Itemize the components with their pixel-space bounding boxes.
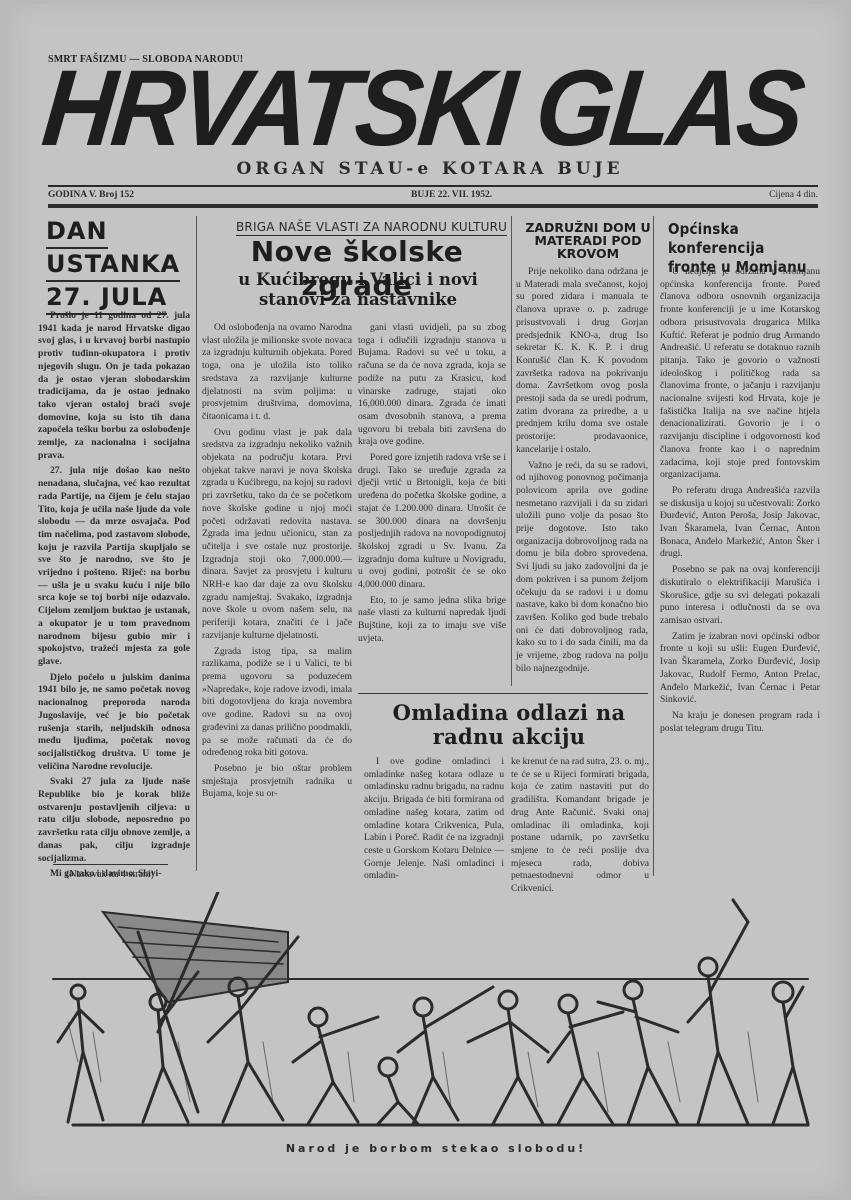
article-omladina-col2: ke krenut će na rad sutra, 23. o. mj., t…: [511, 756, 649, 899]
paragraph: Ovu godinu vlast je pak dala sredstva za…: [202, 427, 352, 643]
paragraph: ke krenut će na rad sutra, 23. o. mj., t…: [511, 756, 649, 896]
section-rule: [358, 693, 648, 694]
dateline: GODINA V. Broj 152 BUJE 22. VII. 1952. C…: [48, 190, 818, 202]
header-rule-bottom: [48, 204, 818, 208]
column-divider: [196, 216, 197, 871]
paragraph: Pored gore iznjetih radova vrše se i dru…: [358, 452, 506, 592]
article-nove-skolske-col1: Od oslobođenja na ovamo Narodna vlast ul…: [202, 322, 352, 804]
title-line: USTANKA: [46, 250, 180, 282]
issue-number: GODINA V. Broj 152: [48, 190, 134, 202]
paragraph: Posebno se pak na ovaj konferenciji disk…: [660, 564, 820, 628]
newspaper-page: SMRT FAŠIZMU — SLOBODA NARODU! HRVATSKI …: [8, 4, 846, 1196]
article-dan-ustanka-title: DAN USTANKA 27. JULA: [46, 217, 196, 316]
paragraph: gani vlasti uvidjeli, pa su zbog toga i …: [358, 322, 506, 449]
illustration-caption: Narod je borbom stekao slobodu!: [236, 1142, 636, 1155]
continued-note: (Nastavak na 4 strani): [66, 869, 154, 880]
paragraph: I ove godine omladinci i omladinke našeg…: [364, 756, 504, 883]
article-zadruzni-dom-headline: ZADRUŽNI DOM U MATERADI POD KROVOM: [523, 221, 653, 260]
paragraph: Djelo počelo u julskim danima 1941 bilo …: [38, 672, 190, 774]
paragraph: Po referatu druga Andreašića razvila se …: [660, 485, 820, 561]
place-date: BUJE 22. VII. 1952.: [411, 190, 492, 202]
partisans-illustration: [48, 892, 823, 1137]
article-nove-skolske-subheadline: u Kućibregu i Valici i novi stanovi za n…: [208, 270, 508, 310]
article-opcinska-body: U nedjelju je održana u Momjanu općinska…: [660, 266, 820, 738]
title-line: DAN: [46, 217, 108, 249]
paragraph: Prije nekoliko dana održana je u Materad…: [516, 266, 648, 457]
masthead-subtitle: ORGAN STAU-e KOTARA BUJE: [180, 159, 680, 179]
paragraph: Važno je reći, da su se radovi, od njiho…: [516, 460, 648, 676]
continued-rule: [53, 864, 168, 865]
paragraph: Posebno je bio oštar problem smještaja p…: [202, 763, 352, 801]
paragraph: Zgrada istog tipa, sa malim razlikama, p…: [202, 646, 352, 760]
masthead-title: HRVATSKI GLAS: [39, 62, 773, 154]
article-zadruzni-dom-body: Prije nekoliko dana održana je u Materad…: [516, 266, 648, 679]
paragraph: Prošlo je 11 godina od 27. jula 1941 kad…: [38, 310, 190, 462]
column-divider: [653, 216, 654, 876]
article-omladina-col1: I ove godine omladinci i omladinke našeg…: [364, 756, 504, 886]
header-rule-top: [48, 185, 818, 187]
paragraph: Svaki 27 jula za ljude naše Republike bi…: [38, 776, 190, 865]
article-nove-skolske-col2: gani vlasti uvidjeli, pa su zbog toga i …: [358, 322, 506, 649]
article-omladina-headline: Omladina odlazi na radnu akciju: [364, 701, 654, 749]
article-kicker: BRIGA NAŠE VLASTI ZA NARODNU KULTURU: [236, 220, 507, 236]
paragraph: U nedjelju je održana u Momjanu općinska…: [660, 266, 820, 482]
paragraph: Od oslobođenja na ovamo Narodna vlast ul…: [202, 322, 352, 424]
paragraph: Zatim je izabran novi općinski odbor fro…: [660, 631, 820, 707]
article-dan-ustanka-body: Prošlo je 11 godina od 27. jula 1941 kad…: [38, 310, 190, 884]
paragraph: 27. jula nije došao kao nešto nenadana, …: [38, 465, 190, 668]
price: Cijena 4 din.: [769, 190, 818, 202]
paragraph: Eto, to je samo jedna slika brige naše v…: [358, 595, 506, 646]
paragraph: Na kraju je donesen program rada i posla…: [660, 710, 820, 735]
